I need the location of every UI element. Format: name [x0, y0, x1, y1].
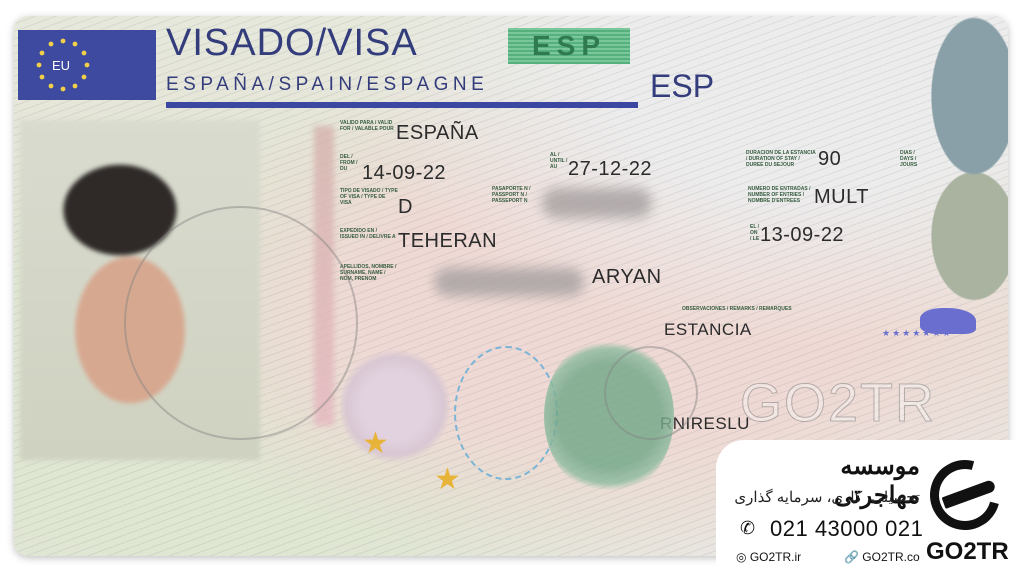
watermark-logo-icon: [604, 346, 698, 440]
valid-for-label: VALIDO PARA / VALID FOR / VALABLE POUR: [340, 120, 396, 132]
from-label: DEL / FROM / DU: [340, 154, 360, 172]
security-rosette: [454, 346, 558, 480]
instagram-icon: ◎: [736, 550, 746, 564]
name-value: ARYAN: [592, 266, 662, 289]
website-url: GO2TR.co: [862, 550, 919, 564]
hologram-seal: [340, 346, 450, 466]
duration-value: 90: [818, 148, 841, 171]
watermark-logo-icon: [124, 206, 358, 440]
entries-value: MULT: [814, 186, 869, 209]
eu-label: EU: [52, 58, 70, 73]
instagram-handle: GO2TR.ir: [750, 550, 801, 564]
passport-redacted: [542, 188, 652, 218]
brand-phone[interactable]: 021 43000 021: [770, 516, 923, 542]
logo-text: GO2TR: [926, 538, 1009, 566]
brand-subtitle: تحصیلی، کاری، سرمایه گذاری: [730, 488, 920, 506]
phone-icon: ✆: [740, 518, 755, 539]
duration-label: DURACION DE LA ESTANCIA / DURATION OF ST…: [746, 150, 818, 168]
visa-subtitle: ESPAÑA/SPAIN/ESPAGNE: [166, 74, 488, 96]
until-value: 27-12-22: [568, 158, 652, 181]
valid-for-value: ESPAÑA: [396, 122, 479, 145]
remarks-value: ESTANCIA: [664, 320, 752, 340]
link-icon: 🔗: [844, 550, 859, 564]
until-label: AL / UNTIL / AU: [550, 152, 568, 170]
country-code: ESP: [650, 68, 714, 105]
type-label: TIPO DE VISADO / TYPE OF VISA / TYPE DE …: [340, 188, 398, 206]
visa-title: VISADO/VISA: [166, 22, 418, 65]
esp-badge: ESP: [508, 28, 630, 64]
duration-unit-label: DIAS / DAYS / JOURS: [900, 150, 922, 168]
microprint-line: [166, 102, 638, 108]
surname-redacted: [434, 268, 584, 296]
entries-label: NUMERO DE ENTRADAS / NUMBER OF ENTRIES /…: [748, 186, 818, 204]
instagram-link[interactable]: ◎ GO2TR.ir: [736, 550, 801, 564]
stars-row-icon: ★★★★★★★: [882, 328, 952, 339]
website-link[interactable]: 🔗 GO2TR.co: [844, 550, 920, 564]
remarks-label: OBSERVACIONES / REMARKS / REMARQUES: [682, 306, 822, 312]
gold-star-icon: ★: [362, 426, 389, 461]
issued-in-value: TEHERAN: [398, 230, 497, 253]
issued-in-label: EXPEDIDO EN / ISSUED IN / DELIVRE A: [340, 228, 396, 240]
from-value: 14-09-22: [362, 162, 446, 185]
security-pattern: [904, 16, 1008, 336]
gold-star-icon: ★: [434, 462, 461, 497]
issue-date-value: 13-09-22: [760, 224, 844, 247]
type-value: D: [398, 196, 413, 219]
brand-card: موسسه مهاجرتی تحصیلی، کاری، سرمایه گذاری…: [716, 440, 1024, 576]
watermark-text: GO2TR: [740, 372, 936, 434]
eu-flag: EU: [18, 30, 156, 100]
issue-date-label: EL / ON / LE: [750, 224, 760, 242]
